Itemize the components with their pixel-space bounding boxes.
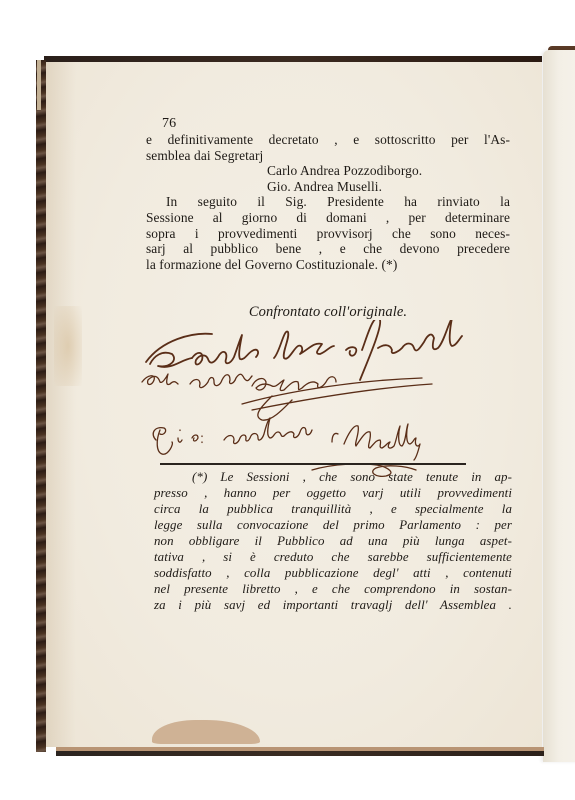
facing-page bbox=[543, 50, 575, 762]
footnote-rule bbox=[160, 463, 466, 465]
book-page-spread: 76 e definitivamente decretato , e sotto… bbox=[36, 56, 544, 756]
gutter-shadow bbox=[46, 62, 76, 747]
paragraph-line: sopra i provvedimenti provvisorj che son… bbox=[146, 226, 510, 242]
footnote: (*) Le Sessioni , che sono state tenute … bbox=[154, 469, 512, 613]
foxing-stain bbox=[54, 306, 82, 386]
footnote-line: za i più savj ed importanti travaglj del… bbox=[154, 597, 512, 613]
bottom-cover-edge bbox=[56, 751, 544, 756]
signature-pozzodiborgo bbox=[142, 374, 432, 420]
footnote-line: legge sulla convocazione del primo Parla… bbox=[154, 517, 512, 533]
footnote-line: presso , hanno per oggetto varj utili pr… bbox=[154, 485, 512, 501]
body-line: semblea dai Segretarj bbox=[146, 148, 510, 164]
paragraph-line: Sessione al giorno di domani , per deter… bbox=[146, 210, 510, 226]
paragraph-line: sarj al pubblico bene , e che devono pre… bbox=[146, 241, 510, 257]
certification-heading: Confrontato coll'originale. bbox=[146, 305, 510, 321]
handwritten-signatures bbox=[132, 320, 532, 480]
footnote-line: (*) Le Sessioni , che sono state tenute … bbox=[154, 469, 512, 485]
binding-corner bbox=[37, 60, 41, 110]
footnote-line: soddisfatto , colla pubblicazione degl' … bbox=[154, 565, 512, 581]
signature-muselli bbox=[153, 418, 420, 476]
paragraph-line: In seguito il Sig. Presidente ha rinviat… bbox=[146, 194, 510, 210]
footnote-line: non obbligare il Pubblico ad una più lun… bbox=[154, 533, 512, 549]
footnote-line: circa la pubblica tranquillità , e speci… bbox=[154, 501, 512, 517]
printed-signatory: Carlo Andrea Pozzodiborgo. bbox=[146, 163, 510, 179]
paragraph-line: la formazione del Governo Costituzionale… bbox=[146, 257, 510, 273]
page-number: 76 bbox=[162, 116, 176, 132]
signature-paoli bbox=[146, 320, 462, 380]
body-line: e definitivamente decretato , e sottoscr… bbox=[146, 132, 510, 148]
printed-signatory: Gio. Andrea Muselli. bbox=[146, 179, 510, 195]
footnote-line: nel presente libretto , e che comprendon… bbox=[154, 581, 512, 597]
footnote-line: tativa , si è creduto che sarebbe suffic… bbox=[154, 549, 512, 565]
leather-binding bbox=[36, 60, 46, 752]
body-text: e definitivamente decretato , e sottoscr… bbox=[146, 132, 510, 272]
